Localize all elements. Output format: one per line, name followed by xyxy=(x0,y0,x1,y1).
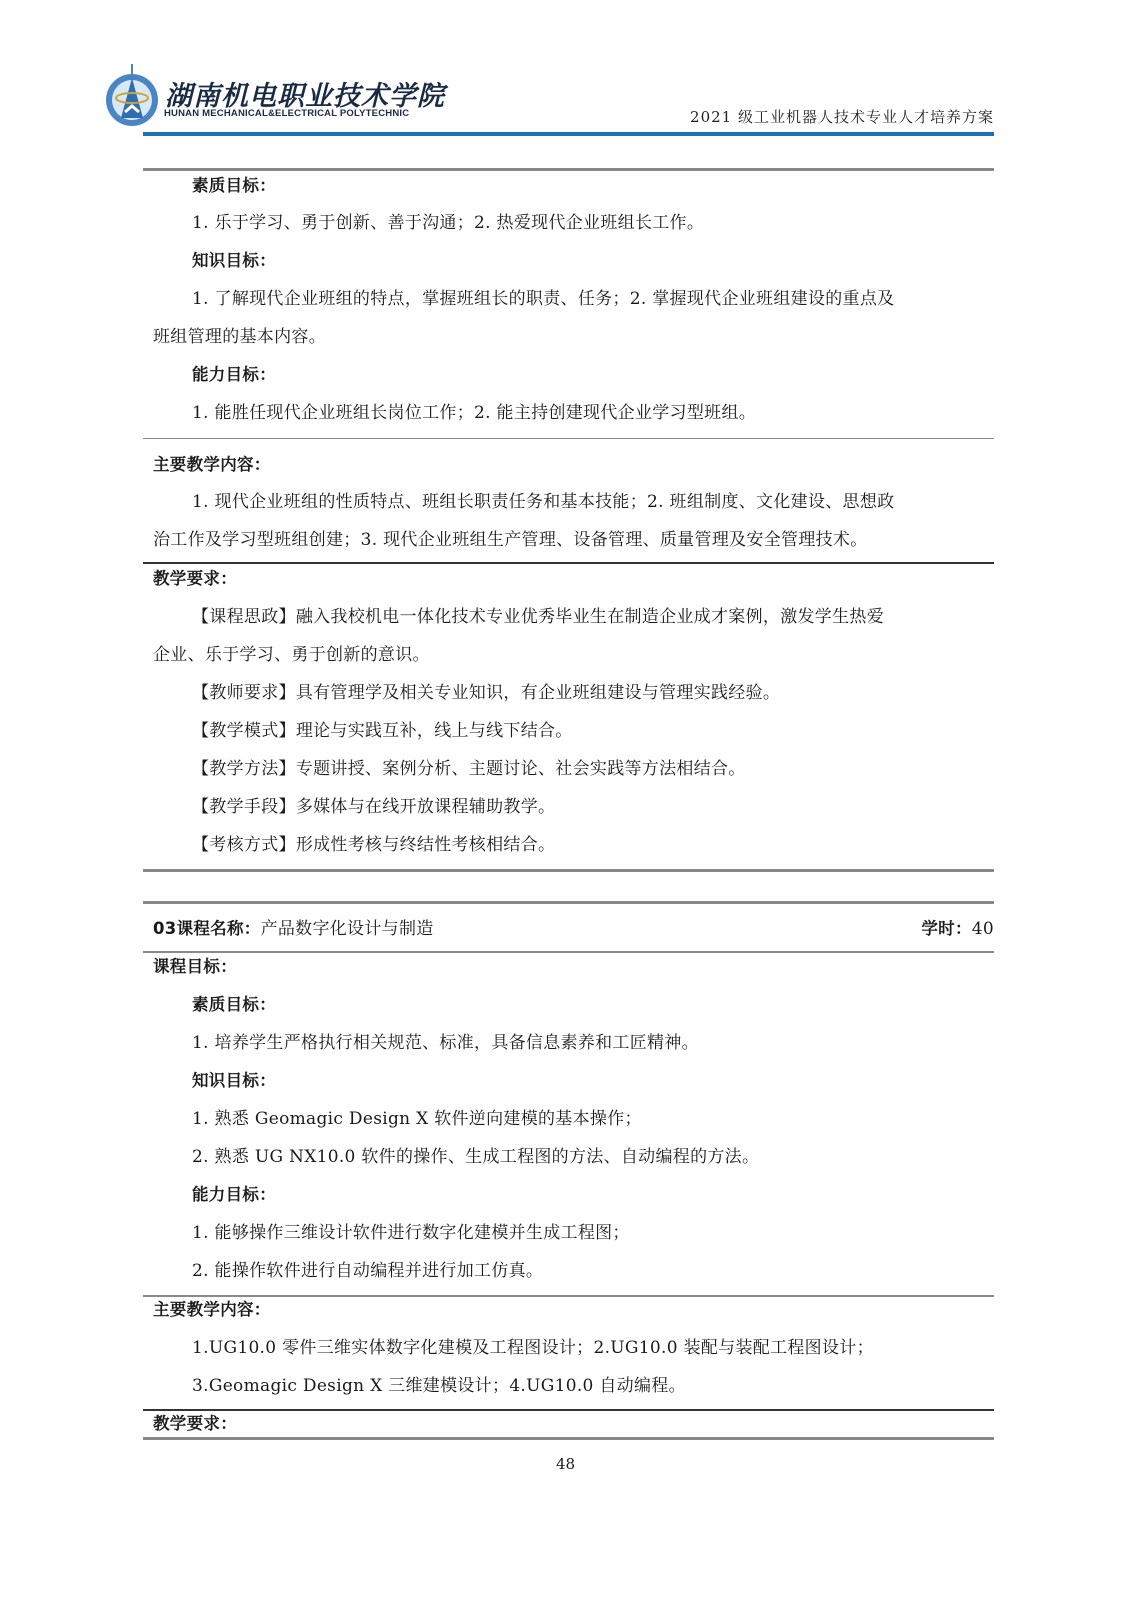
knowledge-goal-line1: 1. 了解现代企业班组的特点，掌握班组长的职责、任务；2. 掌握现代企业班组建设… xyxy=(192,288,894,310)
ability-goal-label: 能力目标： xyxy=(192,364,276,386)
page-number: 48 xyxy=(0,1455,1131,1473)
school-name-en: HUNAN MECHANICAL&ELECTRICAL POLYTECHNIC xyxy=(164,108,409,119)
requirement-tag: 【教学模式】 xyxy=(192,721,296,741)
requirement-item: 【考核方式】形成性考核与终结性考核相结合。 xyxy=(192,834,555,856)
course-title-row: 03课程名称：产品数字化设计与制造 xyxy=(153,918,434,940)
ability-goal-item: 2. 能操作软件进行自动编程并进行加工仿真。 xyxy=(192,1260,543,1282)
document-title: 2021 级工业机器人技术专业人才培养方案 xyxy=(690,106,994,127)
table-rule xyxy=(143,951,994,953)
course-name-label: 课程名称： xyxy=(177,919,261,938)
knowledge-goal-label: 知识目标： xyxy=(192,1070,276,1092)
main-content-line1: 1. 现代企业班组的性质特点、班组长职责任务和基本技能；2. 班组制度、文化建设… xyxy=(192,491,894,513)
requirements-label: 教学要求： xyxy=(153,568,237,590)
requirement-text: 理论与实践互补，线上与线下结合。 xyxy=(296,721,573,741)
requirement-tag: 【考核方式】 xyxy=(192,835,296,855)
course-name: 产品数字化设计与制造 xyxy=(261,919,434,939)
knowledge-goal-item: 1. 熟悉 Geomagic Design X 软件逆向建模的基本操作； xyxy=(192,1108,642,1130)
requirement-text: 专题讲授、案例分析、主题讨论、社会实践等方法相结合。 xyxy=(296,759,746,779)
requirement-tag: 【教师要求】 xyxy=(192,683,296,703)
requirement-item-cont: 企业、乐于学习、勇于创新的意识。 xyxy=(153,644,430,666)
course-hours-label: 学时： xyxy=(921,919,971,938)
requirement-tag: 【教学方法】 xyxy=(192,759,296,779)
requirement-tag: 【课程思政】 xyxy=(192,607,296,627)
ability-goal-label: 能力目标： xyxy=(192,1184,276,1206)
requirement-item: 【教师要求】具有管理学及相关专业知识，有企业班组建设与管理实践经验。 xyxy=(192,682,780,704)
table-rule xyxy=(143,562,994,564)
header-divider xyxy=(143,132,994,136)
quality-goal-label: 素质目标： xyxy=(192,994,276,1016)
course-goals-label: 课程目标： xyxy=(153,956,237,978)
knowledge-goal-item: 2. 熟悉 UG NX10.0 软件的操作、生成工程图的方法、自动编程的方法。 xyxy=(192,1146,759,1168)
table-rule xyxy=(143,869,994,872)
table-rule xyxy=(143,901,994,904)
requirements-label: 教学要求： xyxy=(153,1413,237,1435)
knowledge-goal-line2: 班组管理的基本内容。 xyxy=(153,326,326,348)
ability-goal-text: 1. 能胜任现代企业班组长岗位工作；2. 能主持创建现代企业学习型班组。 xyxy=(192,402,756,424)
main-content-line1: 1.UG10.0 零件三维实体数字化建模及工程图设计；2.UG10.0 装配与装… xyxy=(192,1337,874,1359)
knowledge-goal-label: 知识目标： xyxy=(192,250,276,272)
requirement-item: 【教学手段】多媒体与在线开放课程辅助教学。 xyxy=(192,796,555,818)
requirement-item: 【教学模式】理论与实践互补，线上与线下结合。 xyxy=(192,720,573,742)
school-emblem-icon xyxy=(103,62,161,128)
requirement-item: 【课程思政】融入我校机电一体化技术专业优秀毕业生在制造企业成才案例，激发学生热爱 xyxy=(192,606,884,628)
requirement-text: 融入我校机电一体化技术专业优秀毕业生在制造企业成才案例，激发学生热爱 xyxy=(296,607,884,627)
table-rule xyxy=(143,1437,994,1440)
quality-goal-text: 1. 培养学生严格执行相关规范、标准，具备信息素养和工匠精神。 xyxy=(192,1032,699,1054)
main-content-line2: 3.Geomagic Design X 三维建模设计；4.UG10.0 自动编程… xyxy=(192,1375,686,1397)
course-hours-value: 40 xyxy=(972,919,994,939)
requirement-tag: 【教学手段】 xyxy=(192,797,296,817)
main-content-label: 主要教学内容： xyxy=(153,454,271,476)
requirement-text: 形成性考核与终结性考核相结合。 xyxy=(296,835,556,855)
quality-goal-text: 1. 乐于学习、勇于创新、善于沟通；2. 热爱现代企业班组长工作。 xyxy=(192,212,704,234)
quality-goal-label: 素质目标： xyxy=(192,175,276,197)
course-hours: 学时：40 xyxy=(921,918,994,940)
table-rule xyxy=(143,438,994,439)
main-content-line2: 治工作及学习型班组创建；3. 现代企业班组生产管理、设备管理、质量管理及安全管理… xyxy=(153,529,868,551)
course-number: 03 xyxy=(153,919,177,938)
requirement-text: 具有管理学及相关专业知识，有企业班组建设与管理实践经验。 xyxy=(296,683,780,703)
requirement-text: 多媒体与在线开放课程辅助教学。 xyxy=(296,797,556,817)
requirement-item: 【教学方法】专题讲授、案例分析、主题讨论、社会实践等方法相结合。 xyxy=(192,758,746,780)
page-header: 湖南机电职业技术学院 HUNAN MECHANICAL&ELECTRICAL P… xyxy=(0,0,1131,150)
main-content-label: 主要教学内容： xyxy=(153,1299,271,1321)
table-rule xyxy=(143,1295,994,1297)
table-rule xyxy=(143,1409,994,1411)
ability-goal-item: 1. 能够操作三维设计软件进行数字化建模并生成工程图； xyxy=(192,1222,630,1244)
table-rule xyxy=(143,168,994,171)
